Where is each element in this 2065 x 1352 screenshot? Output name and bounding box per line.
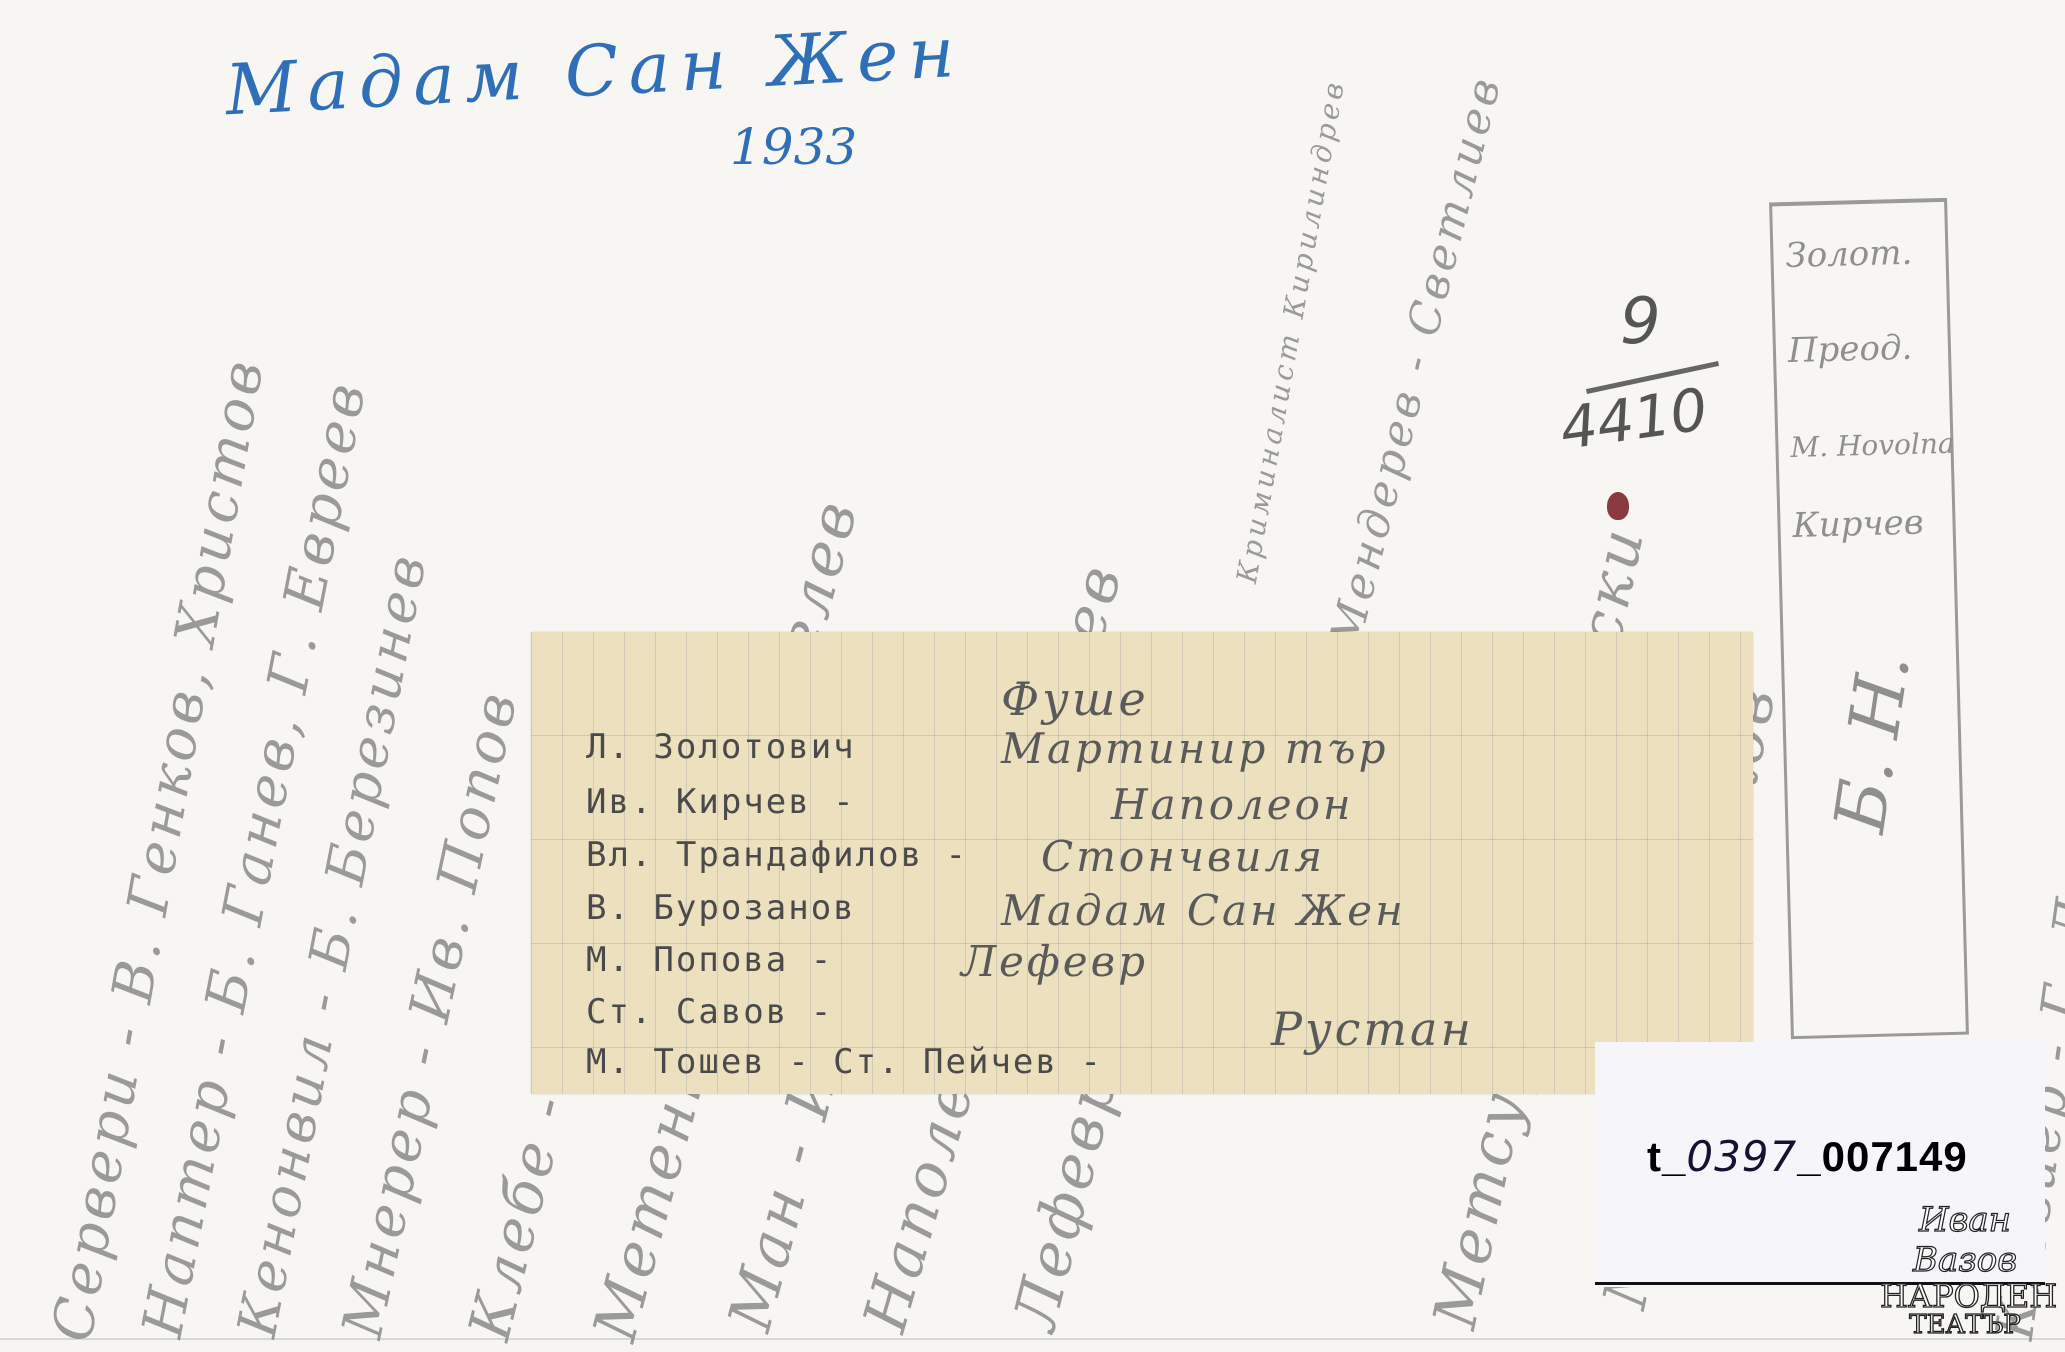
pencil-column: Криминалист Кирилиндрев: [1230, 76, 1351, 585]
inventory-numerator: 9: [1620, 285, 1661, 359]
logo-signature: Иван Вазов: [1880, 1200, 2050, 1280]
slip-typed-line: Ст. Савов -: [586, 992, 833, 1032]
box-note-side: Б. Н.: [1818, 648, 1926, 837]
slip-typed-line: В. Бурозанов: [586, 888, 856, 928]
archive-code: t_0397_007149: [1647, 1132, 1968, 1181]
box-note-line: Кирчев: [1792, 503, 1924, 546]
slip-typed-line: М. Тошев - Ст. Пейчев -: [586, 1042, 1103, 1082]
red-ink-dot: [1607, 492, 1629, 520]
slip-handwritten-heading: Фуше: [1001, 672, 1149, 726]
slip-role: Мадам Сан Жен: [1001, 886, 1406, 935]
box-note-line: Преод.: [1787, 328, 1912, 371]
slip-role: Наполеон: [1111, 780, 1354, 829]
slip-typed-line: Л. Золотович: [586, 727, 856, 767]
logo-line-1: НАРОДЕН: [1880, 1280, 2050, 1312]
typed-cast-slip: Фуше Л. Золотович Ив. Кирчев - Вл. Транд…: [531, 632, 1753, 1094]
slip-role: Лефевр: [961, 937, 1148, 986]
archive-code-handwritten: 0397: [1686, 1132, 1797, 1181]
national-theatre-logo: Иван Вазов НАРОДЕН ТЕАТЪР: [1880, 1200, 2050, 1338]
slip-typed-line: Вл. Трандафилов -: [586, 835, 968, 875]
logo-line-2: ТЕАТЪР: [1880, 1312, 2050, 1338]
archive-code-suffix: _007149: [1797, 1133, 1968, 1180]
inventory-denominator: 4410: [1556, 375, 1712, 463]
slip-role: Рустан: [1271, 1002, 1474, 1056]
photo-reverse-page: Мадам Сан Жен 1933 Сервери - В. Генков, …: [0, 0, 2065, 1340]
slip-role: Мартинир тър: [1001, 724, 1388, 773]
slip-role: Стончвиля: [1041, 832, 1325, 881]
handwritten-year: 1933: [730, 118, 857, 176]
slip-typed-line: Ив. Кирчев -: [586, 782, 856, 822]
handwritten-title: Мадам Сан Жен: [223, 11, 966, 132]
slip-typed-line: М. Попова -: [586, 940, 833, 980]
box-note-line: Золот.: [1785, 233, 1913, 276]
archive-code-prefix: t_: [1647, 1133, 1686, 1180]
pencil-column: Мендерев - Светлиев: [1320, 70, 1512, 653]
box-note-line: М. Ноvolna: [1790, 427, 1955, 464]
boxed-note: Золот. Преод. М. Ноvolna Кирчев Б. Н.: [1769, 198, 1969, 1039]
